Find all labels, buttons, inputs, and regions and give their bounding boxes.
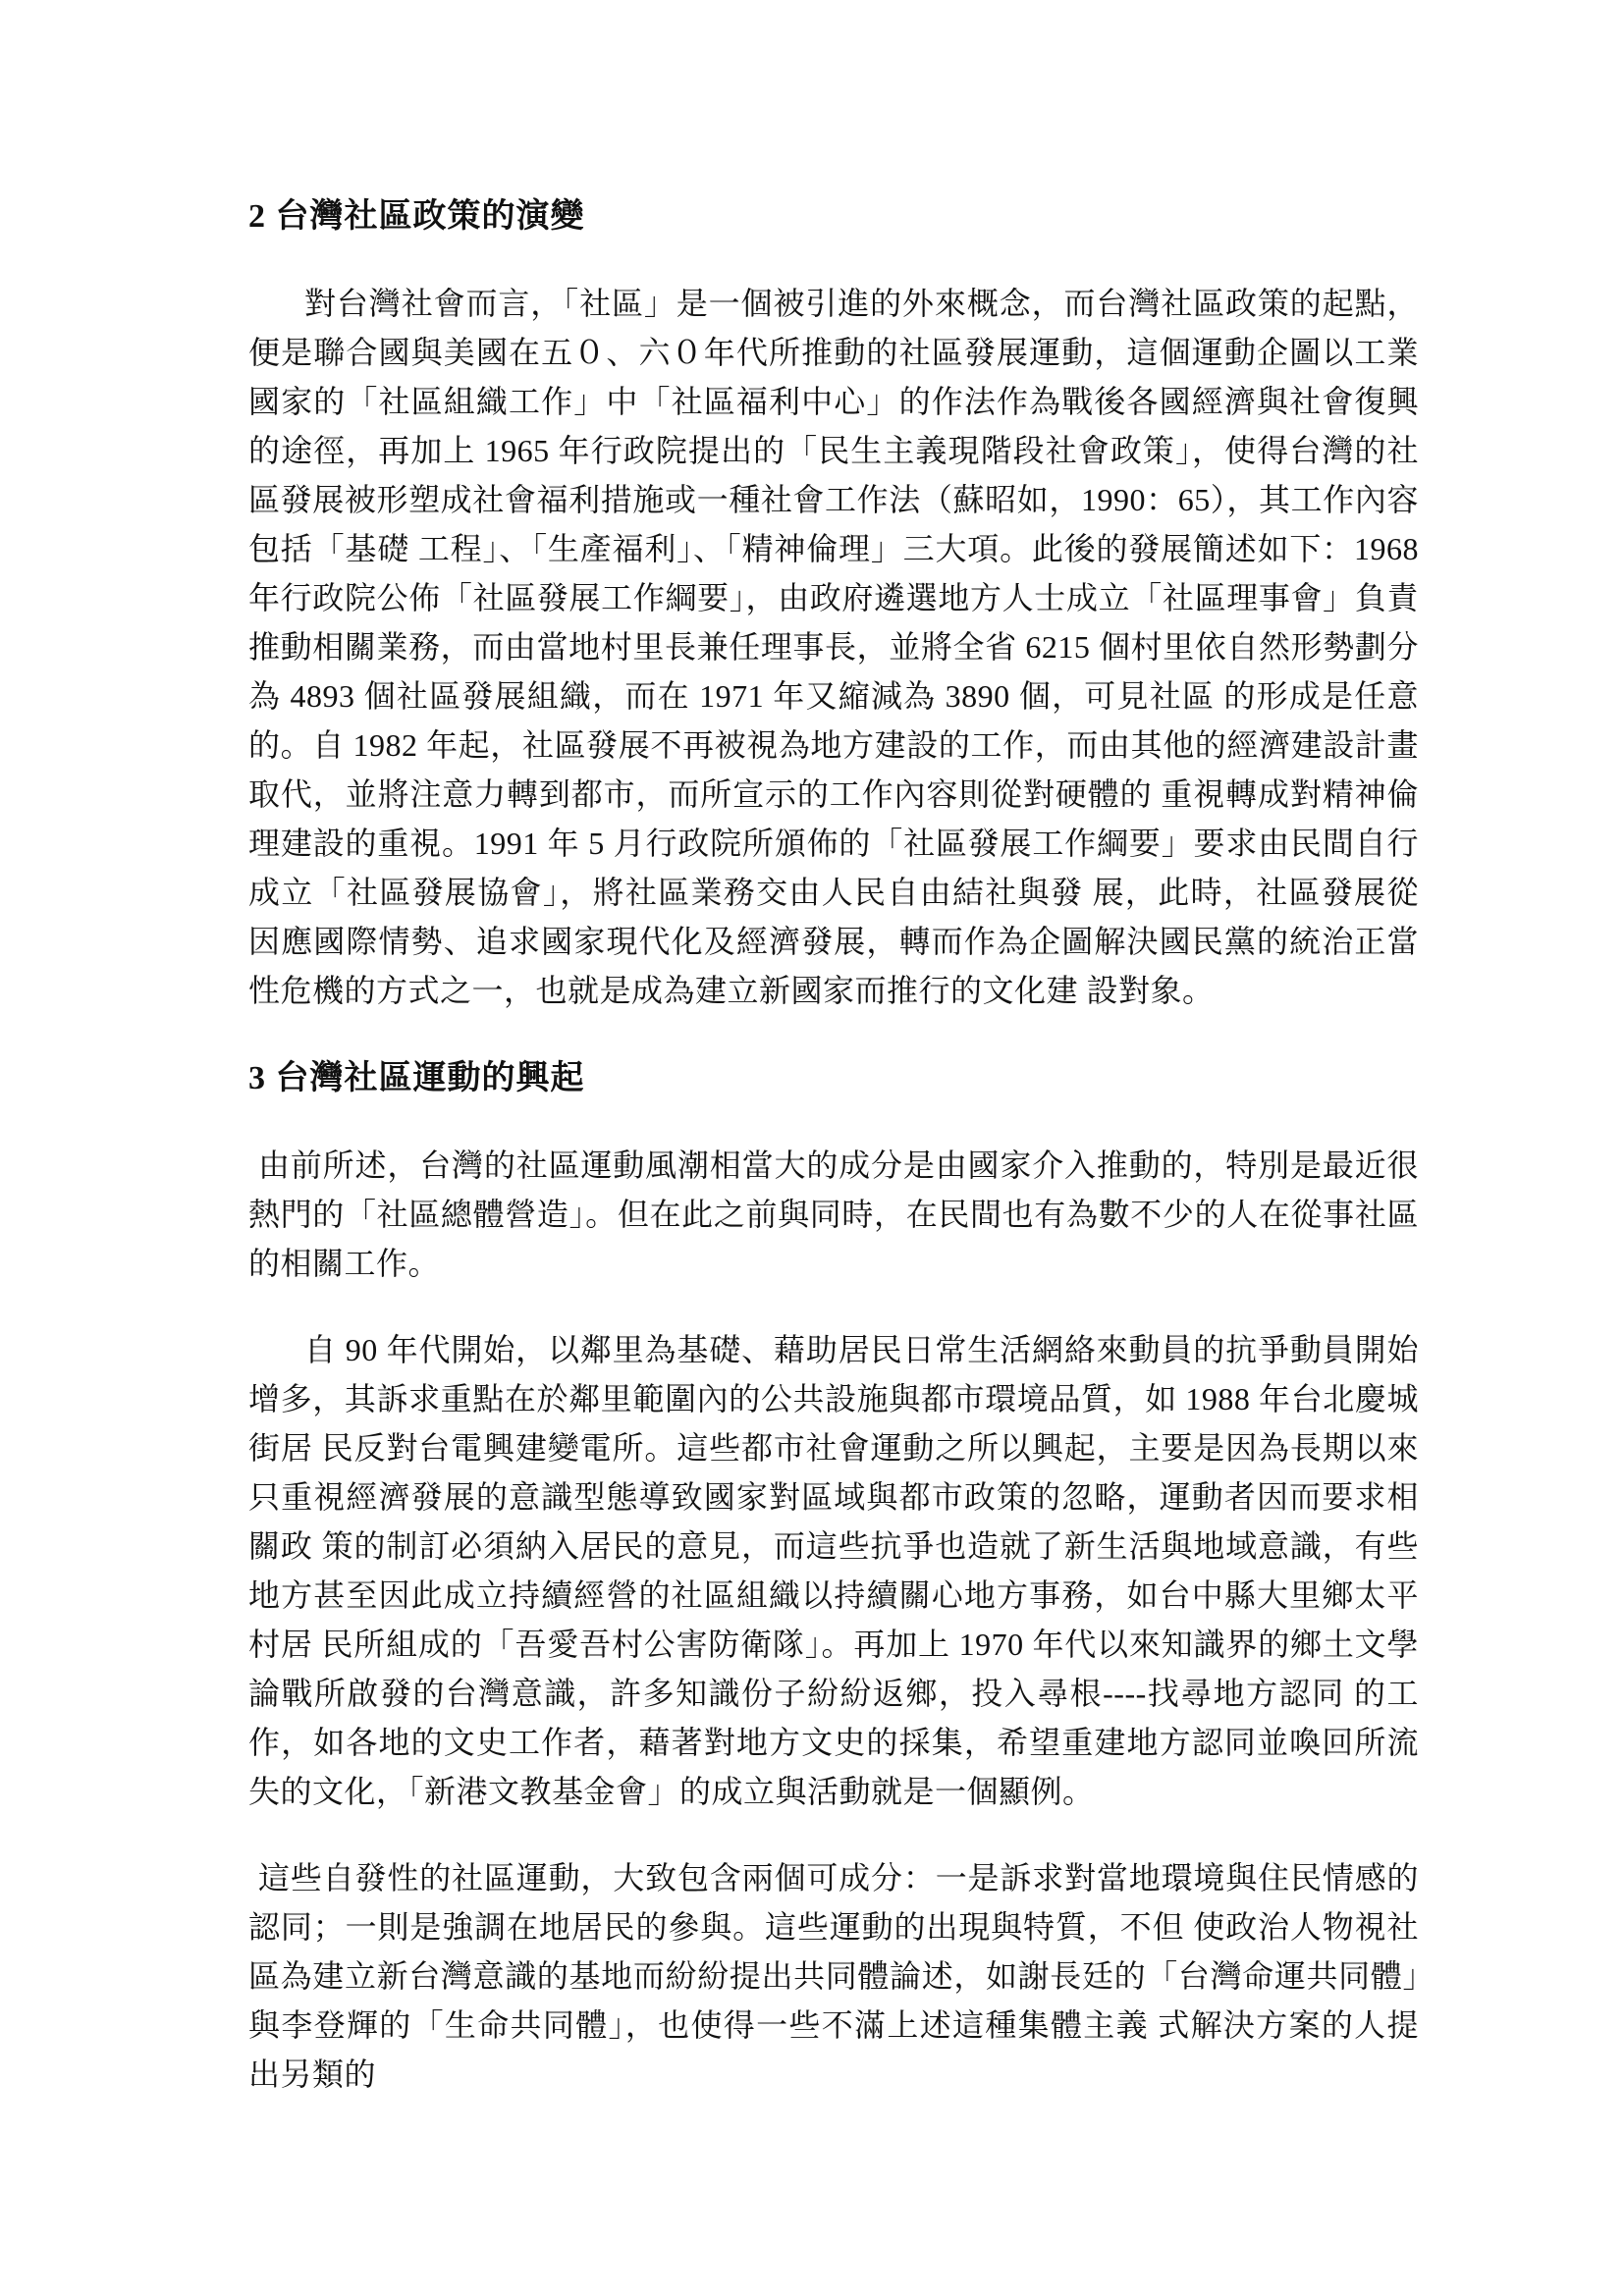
text-block: 2 台灣社區政策的演變 對台灣社會而言，「社區」是一個被引進的外來概念，而台灣社…: [248, 192, 1419, 2136]
section-2-heading: 2 台灣社區政策的演變: [248, 192, 1419, 241]
section-3-paragraph-2: 自 90 年代開始，以鄰里為基礎、藉助居民日常生活網絡來動員的抗爭動員開始增多，…: [248, 1325, 1419, 1816]
section-2-paragraph: 對台灣社會而言，「社區」是一個被引進的外來概念，而台灣社區政策的起點，便是聯合國…: [248, 279, 1419, 1015]
document-page: 2 台灣社區政策的演變 對台灣社會而言，「社區」是一個被引進的外來概念，而台灣社…: [0, 0, 1624, 2296]
section-3-paragraph-3: 這些自發性的社區運動，大致包含兩個可成分：一是訴求對當地環境與住民情感的認同；一…: [248, 1853, 1419, 2099]
section-3-paragraph-1: 由前所述，台灣的社區運動風潮相當大的成分是由國家介入推動的，特別是最近很熱門的「…: [248, 1141, 1419, 1288]
section-3-heading: 3 台灣社區運動的興起: [248, 1054, 1419, 1103]
